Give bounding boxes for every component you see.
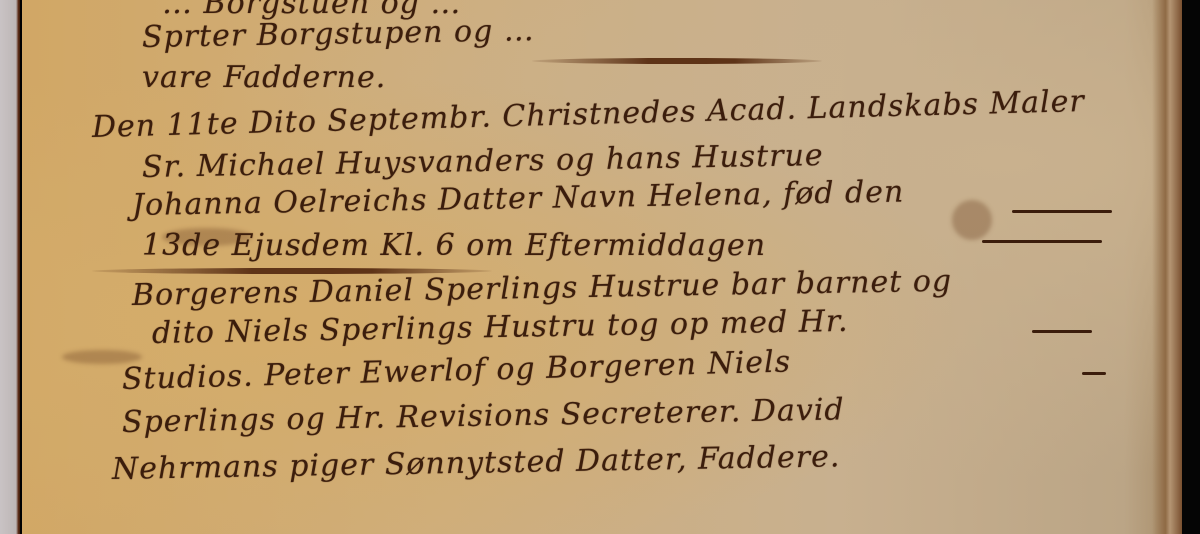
line-flourish	[532, 58, 822, 64]
line-dash	[1082, 372, 1106, 375]
manuscript-page: … Borgstuen og … Sprter Borgstupen og … …	[22, 0, 1182, 534]
text-line-9: Studios. Peter Ewerlof og Borgeren Niels	[122, 344, 792, 397]
text-line-2: vare Fadderne.	[142, 60, 386, 95]
text-line-10: Sperlings og Hr. Revisions Secreterer. D…	[122, 392, 845, 440]
text-line-1: Sprter Borgstupen og …	[142, 13, 535, 55]
line-dash	[1032, 330, 1092, 333]
text-line-6: 13de Ejusdem Kl. 6 om Eftermiddagen	[142, 228, 766, 263]
page-binding-edge	[1152, 0, 1182, 534]
line-dash	[1012, 210, 1112, 213]
line-dash	[982, 240, 1102, 243]
ink-stain	[952, 200, 992, 240]
scan-left-margin	[0, 0, 20, 534]
text-line-8: dito Niels Sperlings Hustru tog op med H…	[152, 304, 849, 351]
scan-background	[1182, 0, 1200, 534]
text-line-11: Nehrmans piger Sønnytsted Datter, Fadder…	[112, 439, 841, 487]
